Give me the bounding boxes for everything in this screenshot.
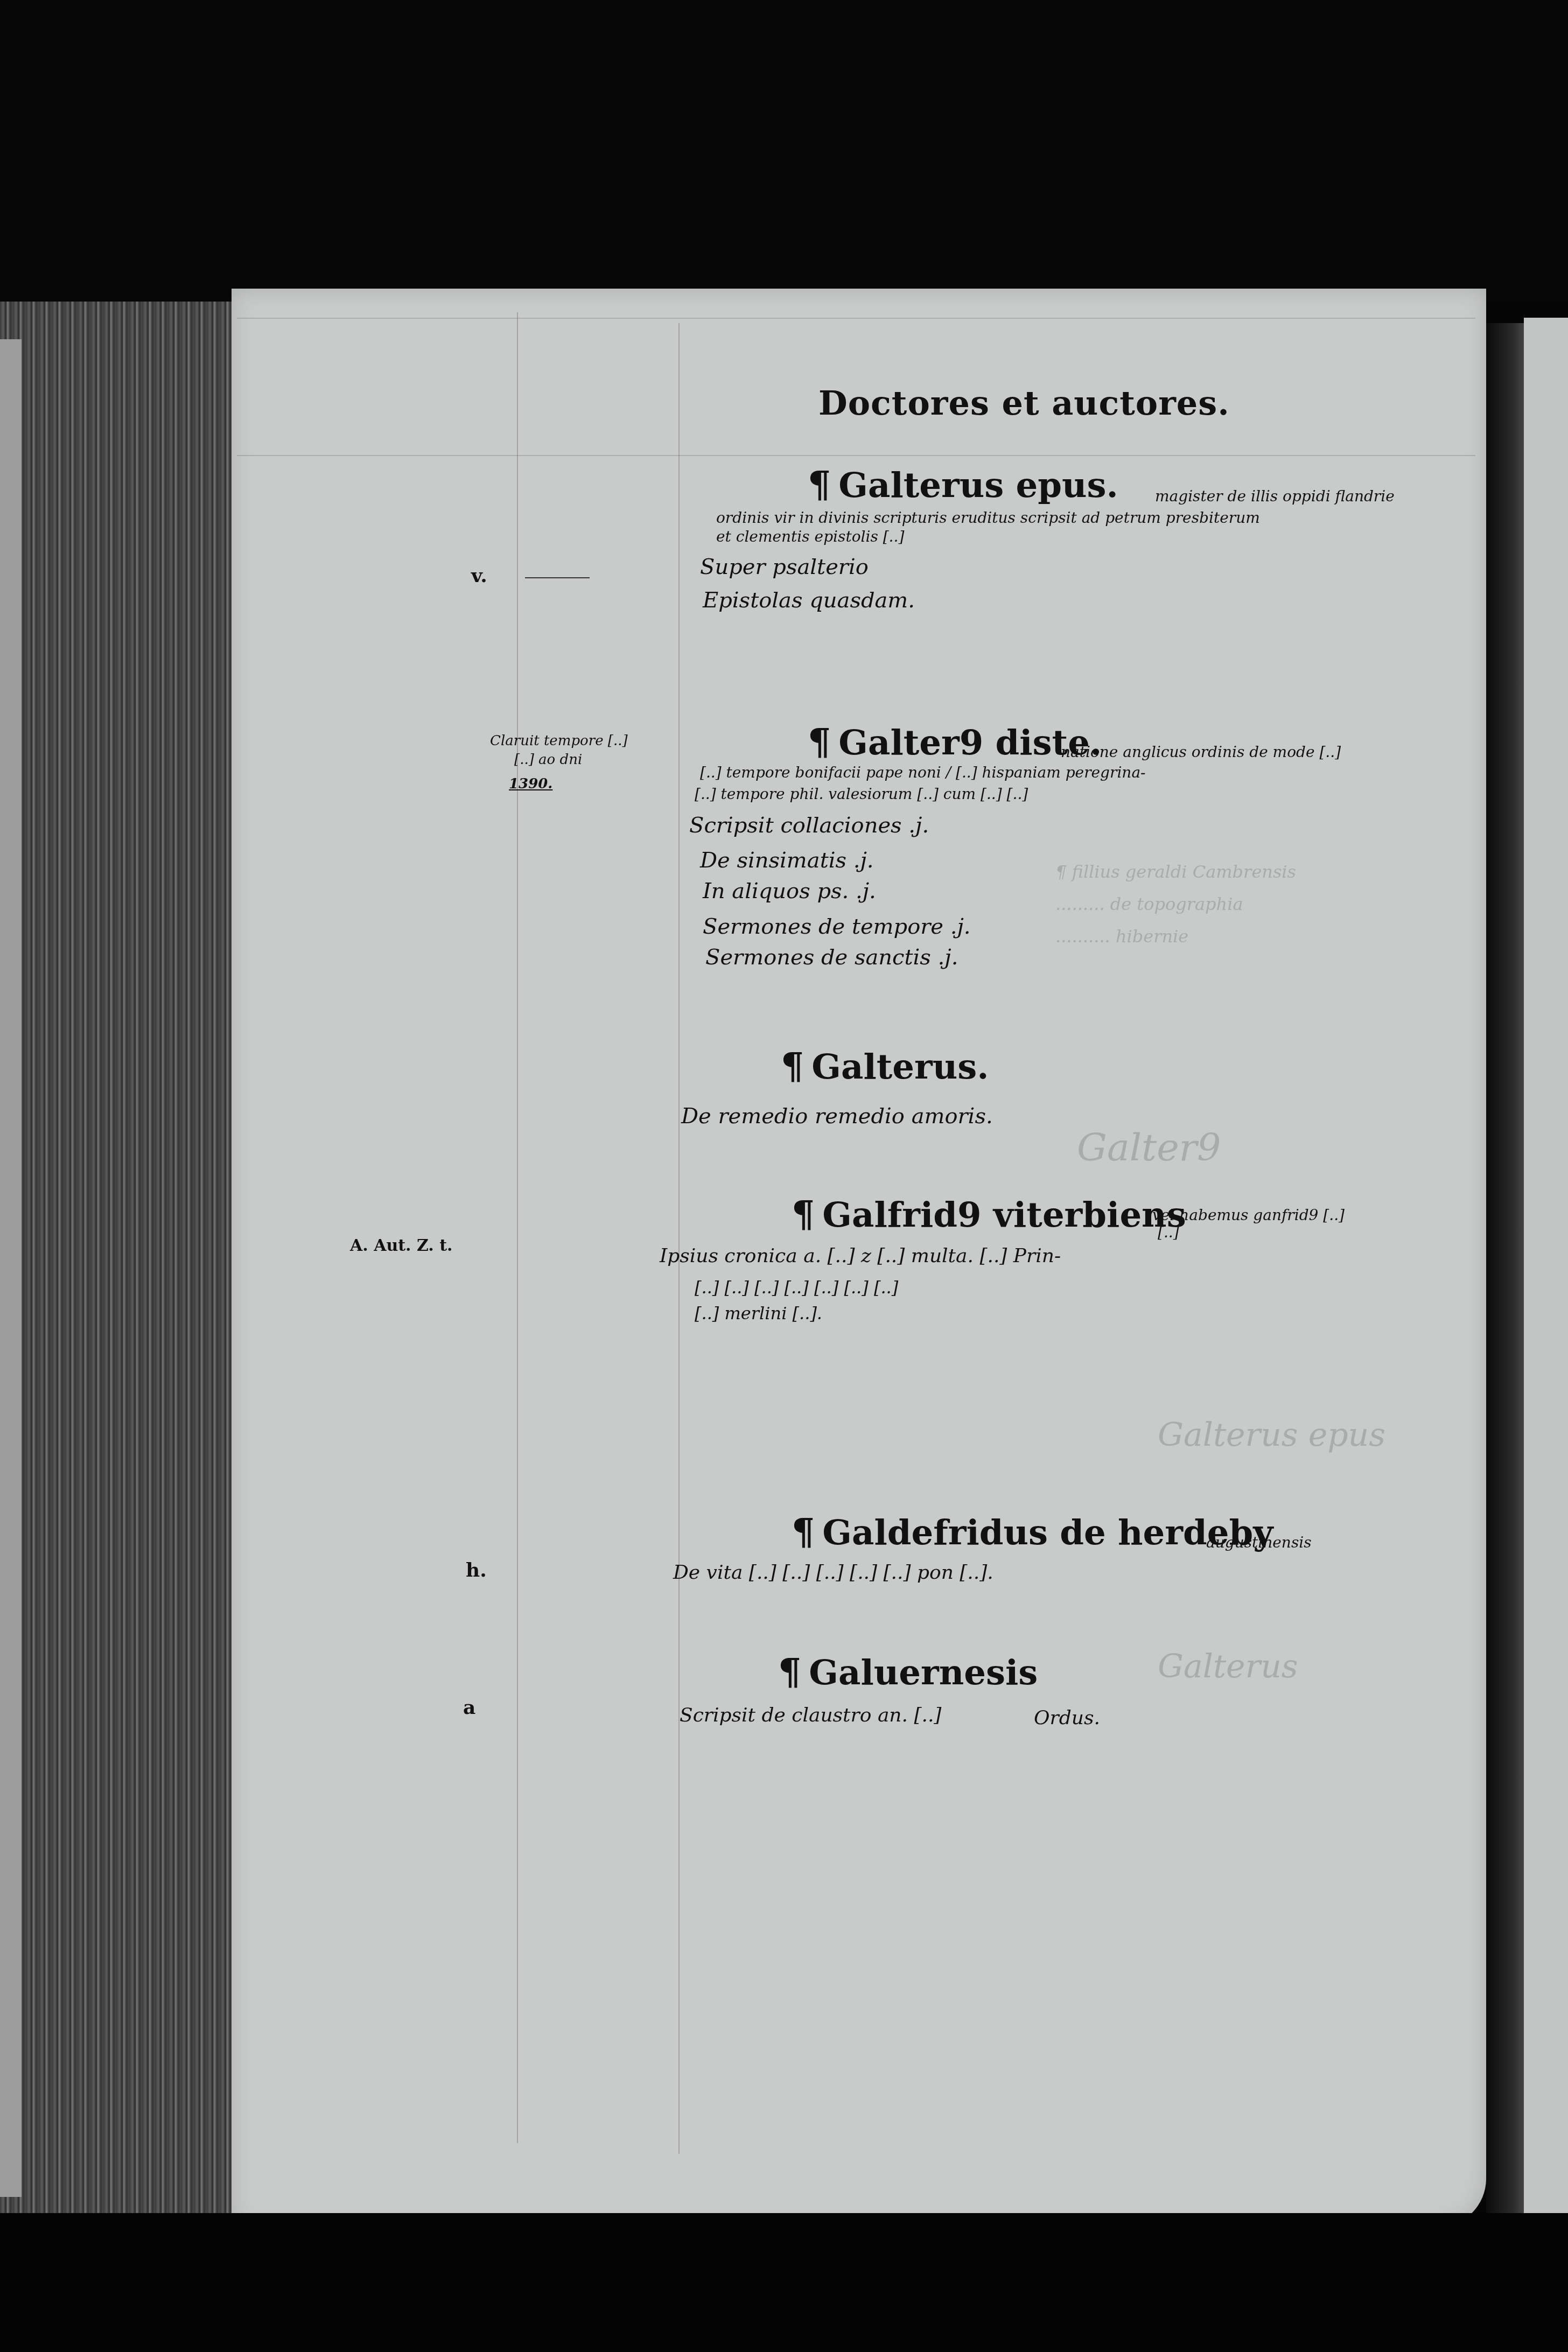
bleed-through-text: .......... hibernie bbox=[1055, 926, 1188, 947]
ruling-line bbox=[237, 455, 1475, 456]
bleed-through-text: ¶ fillius geraldi Cambrensis bbox=[1055, 862, 1296, 882]
entry-description: natione anglicus ordinis de mode [..] bbox=[1061, 743, 1341, 761]
paragraph-mark: ¶ bbox=[781, 1045, 804, 1088]
margin-mark: A. Aut. Z. t. bbox=[350, 1236, 453, 1255]
page-heading: Doctores et auctores. bbox=[818, 383, 1230, 423]
work-title: Sermones de tempore .j. bbox=[703, 914, 971, 939]
entry-description: et clementis epistolis [..] bbox=[716, 528, 904, 546]
margin-note: [..] ao dni bbox=[514, 751, 582, 768]
work-title: In aliquos ps. .j. bbox=[703, 879, 876, 904]
background-bottom bbox=[0, 2213, 1568, 2352]
paragraph-mark: ¶ bbox=[778, 1650, 801, 1693]
margin-mark: a bbox=[463, 1696, 475, 1719]
entry-description: vel habemus ganfrid9 [..] bbox=[1152, 1206, 1345, 1224]
entry-heading: ¶Galterus. bbox=[781, 1045, 989, 1088]
entry-heading: ¶Galter9 diste. bbox=[808, 720, 1102, 764]
work-title: Sermones de sanctis .j. bbox=[705, 945, 958, 970]
facing-page-edge bbox=[1524, 318, 1568, 2213]
work-title: Scripsit de claustro an. [..] bbox=[680, 1704, 941, 1726]
work-title: De vita [..] [..] [..] [..] [..] pon [..… bbox=[673, 1562, 993, 1584]
work-title: De sinsimatis .j. bbox=[700, 848, 874, 873]
work-text: [..] [..] [..] [..] [..] [..] [..] bbox=[695, 1277, 898, 1298]
margin-note: Claruit tempore [..] bbox=[490, 732, 628, 750]
entry-name: Galfrid9 viterbiens bbox=[822, 1195, 1186, 1235]
work-title: Ordus. bbox=[1034, 1707, 1100, 1729]
entry-description: [..] tempore bonifacii pape noni / [..] … bbox=[700, 764, 1146, 782]
entry-heading: ¶Galdefridus de herdeby bbox=[792, 1510, 1273, 1553]
entry-description: [..] tempore phil. valesiorum [..] cum [… bbox=[695, 785, 1028, 803]
entry-description: ordinis vir in divinis scripturis erudit… bbox=[716, 509, 1260, 527]
entry-heading: ¶Galuernesis bbox=[778, 1650, 1038, 1693]
entry-name: Galuernesis bbox=[809, 1653, 1038, 1693]
margin-mark: h. bbox=[466, 1559, 487, 1581]
margin-mark: v. bbox=[471, 564, 487, 587]
paragraph-mark: ¶ bbox=[792, 1193, 815, 1236]
paragraph-mark: ¶ bbox=[808, 463, 831, 506]
entry-description: magister de illis oppidi flandrie bbox=[1155, 487, 1395, 506]
work-title: De remedio remedio amoris. bbox=[681, 1104, 993, 1129]
work-title: Super psalterio bbox=[700, 555, 869, 579]
entry-name: Galterus. bbox=[811, 1047, 989, 1087]
gutter-shadow bbox=[1486, 323, 1524, 2218]
entry-heading: ¶Galterus epus. bbox=[808, 463, 1118, 506]
previous-pages bbox=[0, 339, 22, 2197]
entry-name: Galdefridus de herdeby bbox=[822, 1513, 1273, 1553]
entry-name: Galterus epus. bbox=[838, 465, 1118, 506]
background-top bbox=[0, 0, 1568, 302]
book-page-edges bbox=[0, 302, 237, 2218]
bleed-through-text: ......... de topographia bbox=[1055, 894, 1243, 914]
entry-description: [..] bbox=[1158, 1223, 1179, 1242]
entry-heading: ¶Galfrid9 viterbiens bbox=[792, 1193, 1186, 1236]
work-text: [..] merlini [..]. bbox=[695, 1303, 822, 1324]
work-title: Epistolas quasdam. bbox=[703, 588, 915, 613]
ruling-line bbox=[678, 323, 680, 2154]
margin-note-year: 1390. bbox=[509, 775, 552, 793]
ruling-line bbox=[517, 312, 518, 2143]
paragraph-mark: ¶ bbox=[808, 720, 831, 764]
work-title: Scripsit collaciones .j. bbox=[689, 813, 929, 838]
bleed-through-text: Galter9 bbox=[1077, 1125, 1221, 1170]
bleed-through-text: Galterus bbox=[1158, 1648, 1298, 1685]
work-text: Ipsius cronica a. [..] z [..] multa. [..… bbox=[660, 1245, 1061, 1267]
bleed-through-text: Galterus epus bbox=[1158, 1416, 1385, 1454]
entry-description: augustinensis bbox=[1206, 1534, 1312, 1552]
margin-dash bbox=[525, 577, 590, 578]
ruling-line bbox=[237, 318, 1475, 319]
paragraph-mark: ¶ bbox=[792, 1510, 815, 1553]
